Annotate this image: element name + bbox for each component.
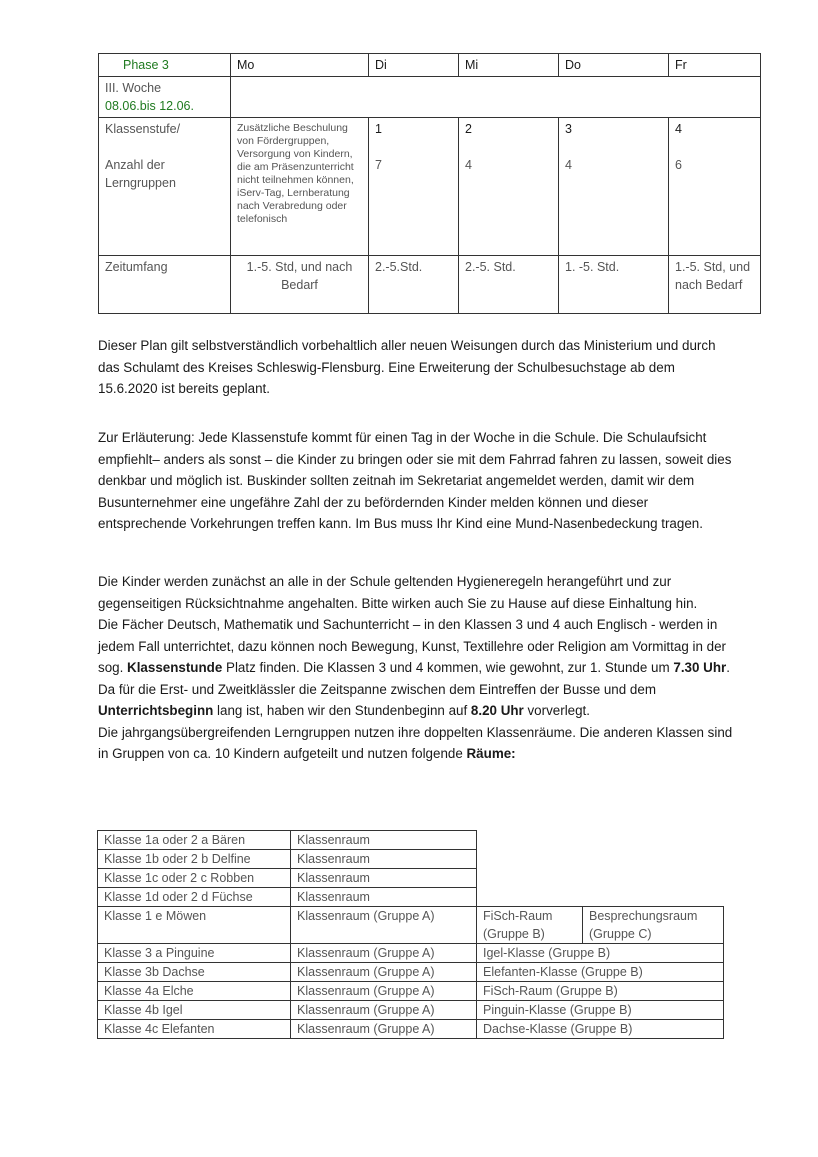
bold-time-730: 7.30 Uhr [673, 660, 726, 675]
grade-row: Klassenstufe/ Anzahl der Lerngruppen Zus… [99, 118, 761, 256]
class-cell: Klasse 3 a Pinguine [97, 943, 291, 963]
paragraph-explanation: Zur Erläuterung: Jede Klassenstufe kommt… [98, 427, 738, 535]
class-cell: Klasse 4b Igel [97, 1000, 291, 1020]
room-row: Klasse 4c Elefanten Klassenraum (Gruppe … [98, 1020, 724, 1039]
room-row: Klasse 1d oder 2 d Füchse Klassenraum [98, 888, 724, 907]
room-a-cell: Klassenraum (Gruppe A) [290, 1019, 477, 1039]
room-b-cell: Dachse-Klasse (Gruppe B) [476, 1019, 724, 1039]
grade-cell-do: 3 4 [559, 118, 669, 256]
bold-klassenstunde: Klassenstunde [127, 660, 222, 675]
class-cell: Klasse 3b Dachse [97, 962, 291, 982]
class-cell: Klasse 1a oder 2 a Bären [97, 830, 291, 850]
class-cell: Klasse 4a Elche [97, 981, 291, 1001]
class-cell: Klasse 1d oder 2 d Füchse [97, 887, 291, 907]
time-row: Zeitumfang 1.-5. Std, und nach Bedarf 2.… [99, 256, 761, 314]
paragraph-hygiene-and-subjects: Die Kinder werden zunächst an alle in de… [98, 571, 738, 765]
group-count: 7 [375, 156, 452, 174]
room-cell: Klassenraum [290, 887, 477, 907]
room-cell: Klassenraum [290, 830, 477, 850]
grade-number: 2 [465, 120, 552, 138]
room-b-cell: Elefanten-Klasse (Gruppe B) [476, 962, 724, 982]
time-mo: 1.-5. Std, und nach Bedarf [231, 256, 369, 314]
room-b-cell: FiSch-Raum (Gruppe B) [476, 906, 583, 944]
week-cell: III. Woche 08.06.bis 12.06. [99, 77, 231, 118]
document-page: Phase 3 Mo Di Mi Do Fr III. Woche 08.06.… [0, 0, 818, 1157]
time-do: 1. -5. Std. [559, 256, 669, 314]
time-mi: 2.-5. Std. [459, 256, 559, 314]
room-c-cell: Besprechungsraum (Gruppe C) [582, 906, 724, 944]
bold-time-820: 8.20 Uhr [471, 703, 524, 718]
room-cell: Klassenraum [290, 868, 477, 888]
room-cell: Klassenraum [290, 849, 477, 869]
grade-cell-fr: 4 6 [669, 118, 761, 256]
time-di: 2.-5.Std. [369, 256, 459, 314]
grade-label-line2: Anzahl der [105, 156, 224, 174]
day-header-fr: Fr [669, 54, 761, 77]
week-label: III. Woche [105, 79, 224, 97]
room-a-cell: Klassenraum (Gruppe A) [290, 943, 477, 963]
group-count: 4 [465, 156, 552, 174]
grade-label-line3: Lerngruppen [105, 174, 224, 192]
rooms-table: Klasse 1a oder 2 a Bären Klassenraum Kla… [98, 831, 724, 1039]
text-span: Platz finden. Die Klassen 3 und 4 kommen… [222, 660, 673, 675]
paragraph-plan-notice: Dieser Plan gilt selbstverständlich vorb… [98, 335, 738, 400]
class-cell: Klasse 1 e Möwen [97, 906, 291, 944]
text-span: lang ist, haben wir den Stundenbeginn au… [213, 703, 471, 718]
grade-number: 4 [675, 120, 754, 138]
schedule-header-row: Phase 3 Mo Di Mi Do Fr [99, 54, 761, 77]
class-cell: Klasse 1c oder 2 c Robben [97, 868, 291, 888]
room-row: Klasse 3 a Pinguine Klassenraum (Gruppe … [98, 944, 724, 963]
grade-label-cell: Klassenstufe/ Anzahl der Lerngruppen [99, 118, 231, 256]
time-fr: 1.-5. Std, und nach Bedarf [669, 256, 761, 314]
day-header-mo: Mo [231, 54, 369, 77]
day-header-do: Do [559, 54, 669, 77]
room-row: Klasse 3b Dachse Klassenraum (Gruppe A) … [98, 963, 724, 982]
room-row: Klasse 1c oder 2 c Robben Klassenraum [98, 869, 724, 888]
grade-cell-di: 1 7 [369, 118, 459, 256]
room-b-cell: Igel-Klasse (Gruppe B) [476, 943, 724, 963]
week-row: III. Woche 08.06.bis 12.06. [99, 77, 761, 118]
week-empty-cell [231, 77, 761, 118]
bold-raeume: Räume: [467, 746, 516, 761]
grade-number: 3 [565, 120, 662, 138]
bold-unterrichtsbeginn: Unterrichtsbeginn [98, 703, 213, 718]
schedule-table: Phase 3 Mo Di Mi Do Fr III. Woche 08.06.… [98, 53, 761, 314]
time-label: Zeitumfang [99, 256, 231, 314]
room-row: Klasse 4a Elche Klassenraum (Gruppe A) F… [98, 982, 724, 1001]
grade-cell-mi: 2 4 [459, 118, 559, 256]
room-b-cell: FiSch-Raum (Gruppe B) [476, 981, 724, 1001]
class-cell: Klasse 1b oder 2 b Delfine [97, 849, 291, 869]
class-cell: Klasse 4c Elefanten [97, 1019, 291, 1039]
paragraph-subjects: Die Fächer Deutsch, Mathematik und Sachu… [98, 614, 738, 722]
room-row: Klasse 1a oder 2 a Bären Klassenraum [98, 831, 724, 850]
room-a-cell: Klassenraum (Gruppe A) [290, 906, 477, 944]
paragraph-hygiene: Die Kinder werden zunächst an alle in de… [98, 571, 738, 614]
room-b-cell: Pinguin-Klasse (Gruppe B) [476, 1000, 724, 1020]
room-a-cell: Klassenraum (Gruppe A) [290, 1000, 477, 1020]
text-span: vorverlegt. [524, 703, 590, 718]
grade-number: 1 [375, 120, 452, 138]
room-a-cell: Klassenraum (Gruppe A) [290, 981, 477, 1001]
group-count: 6 [675, 156, 754, 174]
group-count: 4 [565, 156, 662, 174]
text-span: Die jahrgangsübergreifenden Lerngruppen … [98, 725, 732, 762]
room-row: Klasse 4b Igel Klassenraum (Gruppe A) Pi… [98, 1001, 724, 1020]
day-header-mi: Mi [459, 54, 559, 77]
week-dates: 08.06.bis 12.06. [105, 97, 224, 115]
day-header-di: Di [369, 54, 459, 77]
monday-description: Zusätzliche Beschulung von Fördergruppen… [231, 118, 369, 256]
room-row: Klasse 1b oder 2 b Delfine Klassenraum [98, 850, 724, 869]
paragraph-rooms-intro: Die jahrgangsübergreifenden Lerngruppen … [98, 722, 738, 765]
grade-label-line1: Klassenstufe/ [105, 120, 224, 138]
phase-label: Phase 3 [99, 54, 231, 77]
room-row-three-groups: Klasse 1 e Möwen Klassenraum (Gruppe A) … [98, 907, 724, 944]
room-a-cell: Klassenraum (Gruppe A) [290, 962, 477, 982]
